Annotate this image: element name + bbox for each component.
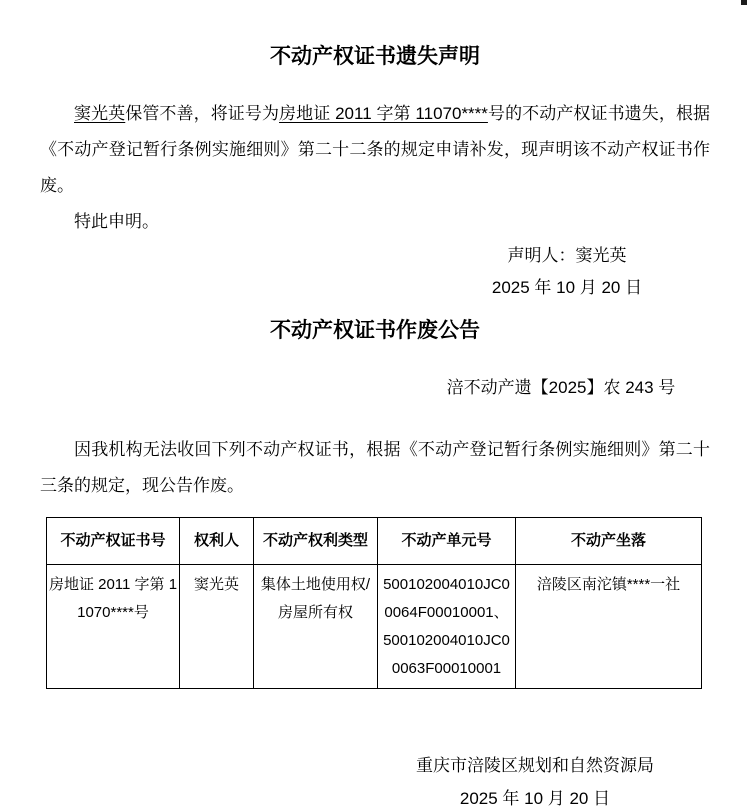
- announcement-signature-block: 重庆市涪陵区规划和自然资源局 2025 年 10 月 20 日: [360, 749, 710, 811]
- table-row: 房地证 2011 字第 1 1070****号 窦光英 集体土地使用权/ 房屋所…: [47, 565, 702, 689]
- declarant-line: 声明人：窦光英: [424, 240, 710, 272]
- table-header-row: 不动产权证书号 权利人 不动产权利类型 不动产单元号 不动产坐落: [47, 518, 702, 565]
- announcement-paragraph: 因我机构无法收回下列不动产权证书，根据《不动产登记暂行条例实施细则》第二十三条的…: [40, 432, 710, 504]
- cell-unit-number: 500102004010JC0 0064F00010001、 500102004…: [378, 565, 516, 689]
- certificate-number: 房地证 2011 字第 11070****: [279, 104, 488, 123]
- cell-right-type: 集体土地使用权/ 房屋所有权: [254, 565, 378, 689]
- corner-artifact: [741, 0, 747, 5]
- col-header-right-type: 不动产权利类型: [254, 518, 378, 565]
- cell-location: 涪陵区南沱镇****一社: [516, 565, 702, 689]
- declaration-date: 2025 年 10 月 20 日: [424, 272, 710, 304]
- doc-number: 涪不动产遗【2025】农 243 号: [412, 374, 710, 402]
- col-header-cert-number: 不动产权证书号: [47, 518, 180, 565]
- document-page: 不动产权证书遗失声明 窦光英保管不善，将证号为房地证 2011 字第 11070…: [0, 0, 747, 811]
- declaration-title: 不动产权证书遗失声明: [40, 0, 710, 68]
- declaration-text-1: 保管不善，将证号为: [125, 104, 279, 123]
- cell-cert-number: 房地证 2011 字第 1 1070****号: [47, 565, 180, 689]
- col-header-location: 不动产坐落: [516, 518, 702, 565]
- announcement-title: 不动产权证书作废公告: [40, 304, 710, 342]
- declaration-closing: 特此申明。: [40, 204, 710, 240]
- declaration-paragraph: 窦光英保管不善，将证号为房地证 2011 字第 11070****号的不动产权证…: [40, 96, 710, 204]
- declaration-signature-block: 声明人：窦光英 2025 年 10 月 20 日: [424, 240, 710, 304]
- issuer-name: 重庆市涪陵区规划和自然资源局: [360, 749, 710, 782]
- owner-name: 窦光英: [74, 104, 125, 123]
- announcement-date: 2025 年 10 月 20 日: [360, 782, 710, 811]
- cell-holder: 窦光英: [180, 565, 254, 689]
- col-header-holder: 权利人: [180, 518, 254, 565]
- certificates-table: 不动产权证书号 权利人 不动产权利类型 不动产单元号 不动产坐落 房地证 201…: [46, 517, 702, 689]
- col-header-unit-number: 不动产单元号: [378, 518, 516, 565]
